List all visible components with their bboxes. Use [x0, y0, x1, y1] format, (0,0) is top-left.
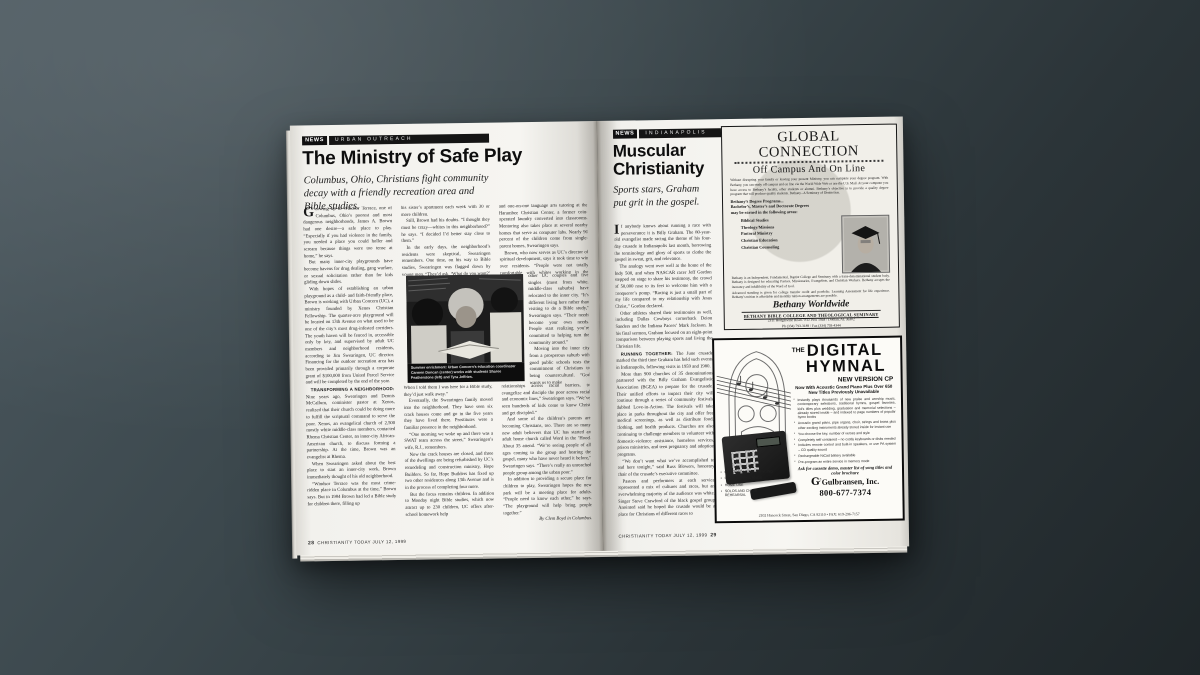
left-article-title: The Ministry of Safe Play [302, 145, 522, 170]
left-kicker: NEWS URBAN OUTREACH [302, 134, 489, 146]
hymnal-ad-text: THE DIGITAL HYMNAL NEW VERSION CP Now Wi… [792, 343, 897, 498]
news-label: NEWS [302, 136, 327, 145]
paragraph: Pastors and performers at each service r… [618, 478, 716, 517]
left-column-1: Growing up in Windsor Terrace, one of Co… [303, 206, 397, 531]
degree-programs-heading: Bethany’s Degree Programs...Bachelor’s, … [730, 197, 888, 216]
list-item: Instantly plays thousands of new praise … [793, 396, 895, 419]
global-connection-ad: GLOBAL CONNECTION Off Campus And On Line… [720, 124, 899, 331]
article-photo-figure: Summer enrichment: Urban Concern’s educa… [406, 274, 524, 383]
paragraph: More than 900 churches of 35 denominatio… [616, 371, 714, 459]
title-line-2: Christianity [613, 159, 704, 178]
paragraph: “Windsor Terrace was the most crime-ridd… [307, 481, 396, 509]
company-address: 2102 Hancock Street, San Diego, CA 92110… [716, 512, 902, 519]
photo-caption: Summer enrichment: Urban Concern’s educa… [408, 362, 525, 383]
paragraph: But many inner-city playgrounds have bec… [304, 259, 393, 287]
news-label: NEWS [612, 129, 637, 138]
paragraph: And some of the children’s parents are b… [502, 416, 592, 477]
paragraph: Eventually, the Swearingen family moved … [404, 398, 493, 433]
paragraph: “We don’t want what we’ve accomplished t… [617, 458, 714, 479]
paragraph: and one-on-one language arts tutoring at… [499, 203, 589, 251]
right-page-footer: CHRISTIANITY TODAY JULY 12, 1999 29 [618, 532, 716, 539]
demo-offer-line: Ask for cassette demo, master list of so… [793, 464, 896, 476]
bible-study-photo [406, 274, 524, 364]
list-item: Home use [721, 482, 775, 487]
paragraph: TRANSFORMING A NEIGHBORHOOD: Nine years … [306, 386, 396, 462]
magazine-spread: NEWS URBAN OUTREACH The Ministry of Safe… [290, 116, 909, 555]
digital-hymnal-ad: Congregational singingOutdoor meetingsHo… [712, 336, 905, 524]
paragraph: By Clem Boyd in Columbus. [503, 517, 592, 525]
company-phone: 800-677-7374 [794, 486, 897, 498]
paragraph: Brown, who now serves as UC’s director o… [499, 250, 588, 275]
feature-bullets: Instantly plays thousands of new praise … [792, 396, 896, 464]
right-article-title: Muscular Christianity [613, 141, 705, 178]
paragraph: When I told them I was here for a Bible … [404, 385, 493, 400]
device-display [755, 436, 780, 447]
paragraph: In addition to providing a secure place … [503, 477, 592, 518]
desk-background: NEWS URBAN OUTREACH The Ministry of Safe… [0, 0, 1200, 675]
paragraph: In the early days, the neighborhood’s re… [401, 245, 490, 276]
paragraph: Other athletes shared their testimonies … [615, 310, 713, 351]
right-footer-text: CHRISTIANITY TODAY JULY 12, 1999 [618, 532, 707, 538]
hymnal-title-line2: HYMNAL [806, 358, 895, 375]
paragraph: Still, Brown had his doubts. “I thought … [401, 218, 490, 246]
list-item: Outdoor meetings [721, 476, 775, 481]
degree-areas-list: Biblical StudiesTheology/MissionsPastora… [741, 216, 842, 274]
company-name: Gulbransen, Inc. [822, 477, 880, 487]
right-article-subtitle: Sports stars, Graham put grit in the gos… [613, 183, 705, 210]
paragraph: Moving into the inner city from a prospe… [529, 347, 590, 385]
paragraph: Now the crack houses are closed, and thr… [405, 451, 494, 492]
list-item: You choose the key, number of verses and… [794, 430, 896, 436]
list-item: Christian Counseling [741, 243, 841, 251]
paragraph: Growing up in Windsor Terrace, one of Co… [303, 206, 393, 261]
left-footer-text: CHRISTIANITY TODAY JULY 12, 1999 [317, 539, 406, 545]
gulbransen-logo-icon: G♪ [811, 477, 820, 487]
graduate-photo [841, 215, 890, 274]
paragraph: “One morning we woke up and there was a … [404, 431, 493, 452]
column-2-top: his sister’s apartment each week with 30… [401, 205, 491, 276]
paragraph: When Swearingen asked about the best pla… [307, 461, 396, 482]
ad-body-2: Bethany is an Independent, Fundamental, … [732, 274, 890, 290]
hymnal-tagline: Now With Acoustic Grand Piano Plus Over … [792, 383, 895, 396]
right-page: NEWS INDIANAPOLIS Muscular Christianity … [596, 116, 909, 550]
paragraph: With hopes of establishing an urban play… [304, 286, 394, 387]
version-label: NEW VERSION CP [792, 375, 893, 383]
list-item: Rechargeable NiCad battery available [794, 452, 896, 458]
left-article-body: Growing up in Windsor Terrace, one of Co… [303, 203, 592, 531]
paragraph: RUNNING TOGETHER: The June crusade marke… [616, 350, 713, 372]
column-3-bottom: relationships across racial barriers, to… [501, 383, 592, 528]
list-item: Solos and choir rehearsal [721, 489, 775, 498]
list-item: Completely self contained – no costly ke… [794, 436, 896, 442]
list-item: Includes remote control and built-in spe… [794, 442, 896, 452]
ad-intro: Without disrupting your family or leavin… [730, 176, 888, 197]
section-label: URBAN OUTREACH [329, 134, 489, 145]
ad-title: GLOBAL CONNECTION [727, 129, 889, 162]
the-label: THE [792, 347, 805, 354]
paragraph: If anybody knows about running a race wi… [614, 223, 712, 264]
right-article-body: If anybody knows about running a race wi… [614, 223, 715, 516]
ad-subtitle: Off Campus And On Line [728, 163, 890, 176]
paragraph: relationships across racial barriers, to… [501, 383, 590, 418]
right-page-number: 29 [710, 532, 716, 538]
column-2-bottom: When I told them I was here for a Bible … [404, 385, 495, 530]
list-item: Acoustic grand piano, pipe organs, choir… [794, 420, 896, 430]
usage-list: Congregational singingOutdoor meetingsHo… [721, 469, 775, 499]
left-page-footer: 28 CHRISTIANITY TODAY JULY 12, 1999 [308, 539, 406, 546]
left-page-number: 28 [308, 540, 314, 546]
paragraph: The analogy went over well at the home o… [614, 263, 712, 311]
bethany-worldwide-wordmark: Bethany Worldwide [741, 299, 880, 313]
paragraph: But the focus remains children. In addit… [405, 491, 494, 519]
areas-and-photo: Biblical StudiesTheology/MissionsPastora… [731, 215, 890, 275]
left-page: NEWS URBAN OUTREACH The Ministry of Safe… [290, 121, 603, 555]
column-3-top: and one-on-one language arts tutoring at… [499, 203, 589, 274]
list-item: Pre-program an entire service in memory … [794, 458, 896, 464]
ad-body-3: Advanced standing is given for college t… [732, 288, 890, 299]
paragraph: other UC couples and five singles (most … [528, 273, 589, 347]
list-item: Congregational singing [721, 469, 775, 474]
